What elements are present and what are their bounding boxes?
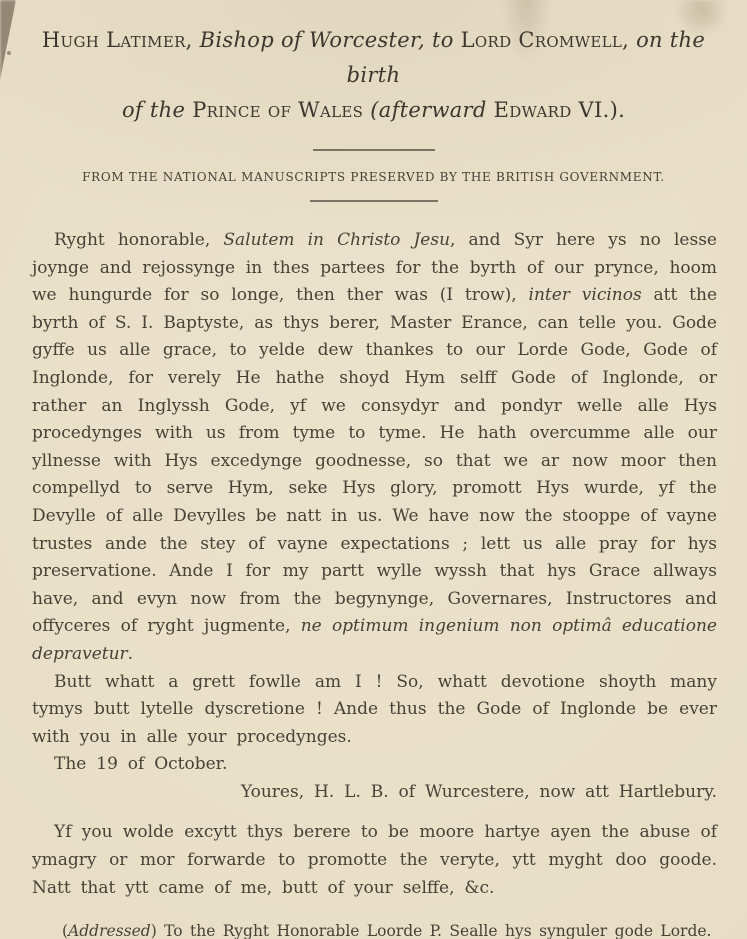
scanned-letter-page: Hugh Latimer, Bishop of Worcester, to Lo… [0, 0, 747, 939]
text-segment: Bishop of Worcester, to [200, 28, 461, 52]
paper-stain [672, 0, 726, 40]
text-segment: Butt whatt a grett fowlle am I ! So, wha… [32, 672, 717, 747]
divider-rule-top [313, 149, 435, 151]
text-segment: inter vicinos [529, 285, 642, 305]
opening-paragraph: Ryght honorable, Salutem in Christo Jesu… [32, 227, 717, 669]
heading-line-2: of the Prince of Wales (afterward Edward… [34, 93, 713, 128]
heading-line-1: Hugh Latimer, Bishop of Worcester, to Lo… [34, 23, 713, 93]
text-segment: Salutem in Christo Jesu [223, 230, 450, 250]
text-segment: ) To the Ryght Honorable Loorde P. Seall… [151, 922, 712, 939]
text-segment: The 19 of October. [54, 754, 227, 774]
addressed-line: (Addressed) To the Ryght Honorable Loord… [32, 918, 717, 939]
text-segment: . [128, 644, 133, 664]
signature-line: Youres, H. L. B. of Wurcestere, now att … [32, 779, 717, 807]
text-segment: of the [122, 98, 192, 122]
text-segment: att the byrth of S. I. Baptyste, as thys… [32, 285, 717, 636]
second-paragraph: Butt whatt a grett fowlle am I ! So, wha… [32, 669, 717, 752]
paper-crease-stain [500, 0, 552, 64]
date-line: The 19 of October. [32, 751, 717, 779]
letter-body: Ryght honorable, Salutem in Christo Jesu… [32, 227, 717, 939]
source-attribution: FROM THE NATIONAL MANUSCRIPTS PRESERVED … [0, 170, 747, 184]
postscript-paragraph: Yf you wolde excytt thys berere to be mo… [32, 819, 717, 902]
text-segment: Hugh Latimer, [42, 28, 200, 52]
text-segment: Yf you wolde excytt thys berere to be mo… [32, 822, 717, 897]
letter-heading: Hugh Latimer, Bishop of Worcester, to Lo… [0, 0, 747, 128]
text-segment: Addressed [68, 922, 151, 939]
paper-speck [7, 51, 11, 55]
text-segment: Prince of Wales [192, 98, 370, 122]
text-segment: (afterward [370, 98, 493, 122]
text-segment: Youres, H. L. B. of Wurcestere, now att … [241, 782, 717, 802]
divider-rule-bottom [310, 200, 438, 202]
text-segment: Edward VI.). [494, 98, 625, 122]
text-segment: Ryght honorable, [54, 230, 223, 250]
